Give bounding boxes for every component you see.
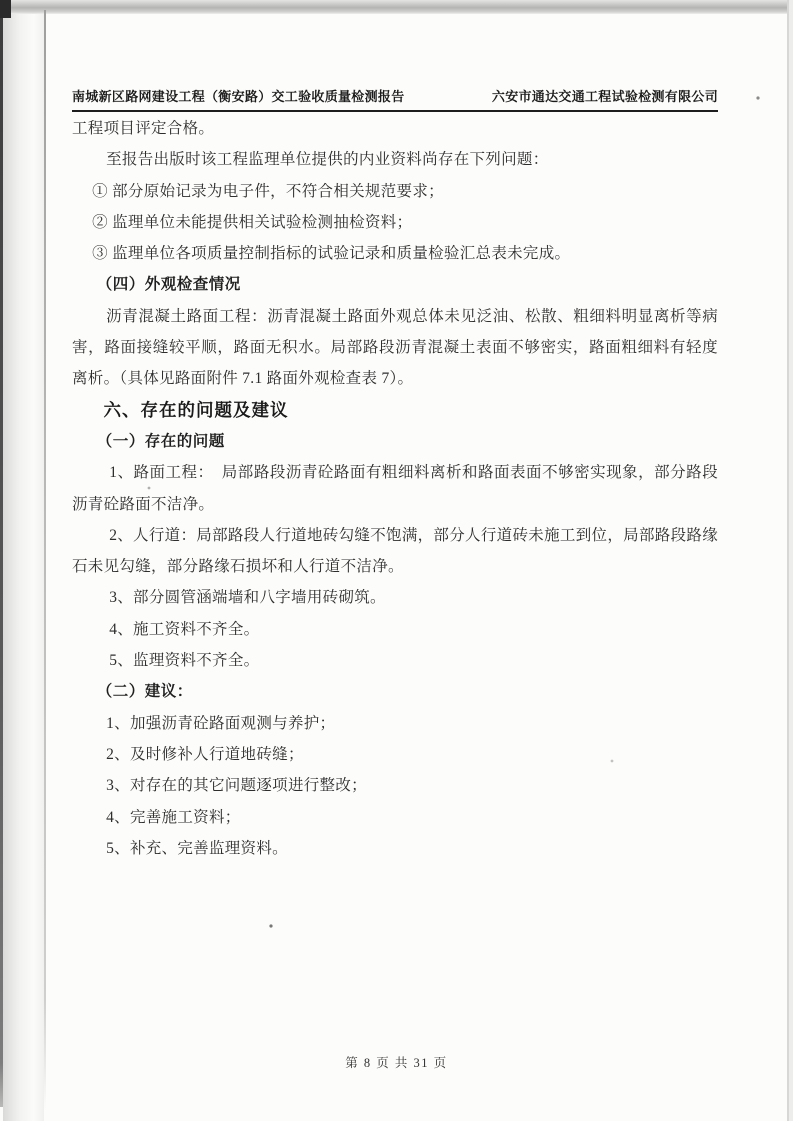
problem-item-3: 3、部分圆管涵端墙和八字墙用砖砌筑。 <box>72 582 718 613</box>
scan-right-margin <box>789 0 793 1121</box>
header-report-title: 南城新区路网建设工程（衡安路）交工验收质量检测报告 <box>72 86 405 105</box>
report-body: 工程项目评定合格。 至报告出版时该工程监理单位提供的内业资料尚存在下列问题： ①… <box>72 113 718 864</box>
scanned-report-page: 南城新区路网建设工程（衡安路）交工验收质量检测报告 六安市通达交通工程试验检测有… <box>0 0 793 1121</box>
problem-item-4: 4、施工资料不齐全。 <box>72 614 718 645</box>
paragraph-conclusion: 工程项目评定合格。 <box>72 113 718 144</box>
page-curl-band <box>3 14 44 1121</box>
suggestion-item-5: 5、补充、完善监理资料。 <box>72 833 718 864</box>
page-content: 南城新区路网建设工程（衡安路）交工验收质量检测报告 六安市通达交通工程试验检测有… <box>72 0 718 864</box>
page-fold-line <box>44 10 46 1110</box>
scan-speckles <box>0 0 2 2</box>
heading-existing-problems: （一）存在的问题 <box>72 426 718 457</box>
paragraph-pavement-appearance: 沥青混凝土路面工程：沥青混凝土路面外观总体未见泛油、松散、粗细料明显离析等病害，… <box>72 301 718 395</box>
suggestion-item-2: 2、及时修补人行道地砖缝； <box>72 739 718 770</box>
binding-edge-line <box>0 14 3 1107</box>
issue-item-1: ① 部分原始记录为电子件，不符合相关规范要求； <box>72 176 718 207</box>
suggestion-item-4: 4、完善施工资料； <box>72 802 718 833</box>
paragraph-intro: 至报告出版时该工程监理单位提供的内业资料尚存在下列问题： <box>72 144 718 175</box>
running-header: 南城新区路网建设工程（衡安路）交工验收质量检测报告 六安市通达交通工程试验检测有… <box>72 0 718 112</box>
problem-item-5: 5、监理资料不齐全。 <box>72 645 718 676</box>
suggestion-item-1: 1、加强沥青砼路面观测与养护； <box>72 708 718 739</box>
issue-item-2: ② 监理单位未能提供相关试验检测抽检资料； <box>72 207 718 238</box>
heading-suggestions: （二）建议： <box>72 676 718 707</box>
issue-item-3: ③ 监理单位各项质量控制指标的试验记录和质量检验汇总表未完成。 <box>72 238 718 269</box>
header-company-name: 六安市通达交通工程试验检测有限公司 <box>492 86 718 105</box>
problem-item-1: 1、路面工程： 局部路段沥青砼路面有粗细料离析和路面表面不够密实现象，部分路段沥… <box>72 457 718 520</box>
heading-problems-suggestions: 六、存在的问题及建议 <box>72 395 718 426</box>
scan-corner-shadow <box>0 0 11 18</box>
problem-item-2: 2、人行道：局部路段人行道地砖勾缝不饱满，部分人行道砖未施工到位，局部路段路缘石… <box>72 520 718 583</box>
page-number: 第 8 页 共 31 页 <box>0 1053 793 1071</box>
suggestion-item-3: 3、对存在的其它问题逐项进行整改； <box>72 770 718 801</box>
heading-appearance-check: （四）外观检查情况 <box>72 269 718 300</box>
